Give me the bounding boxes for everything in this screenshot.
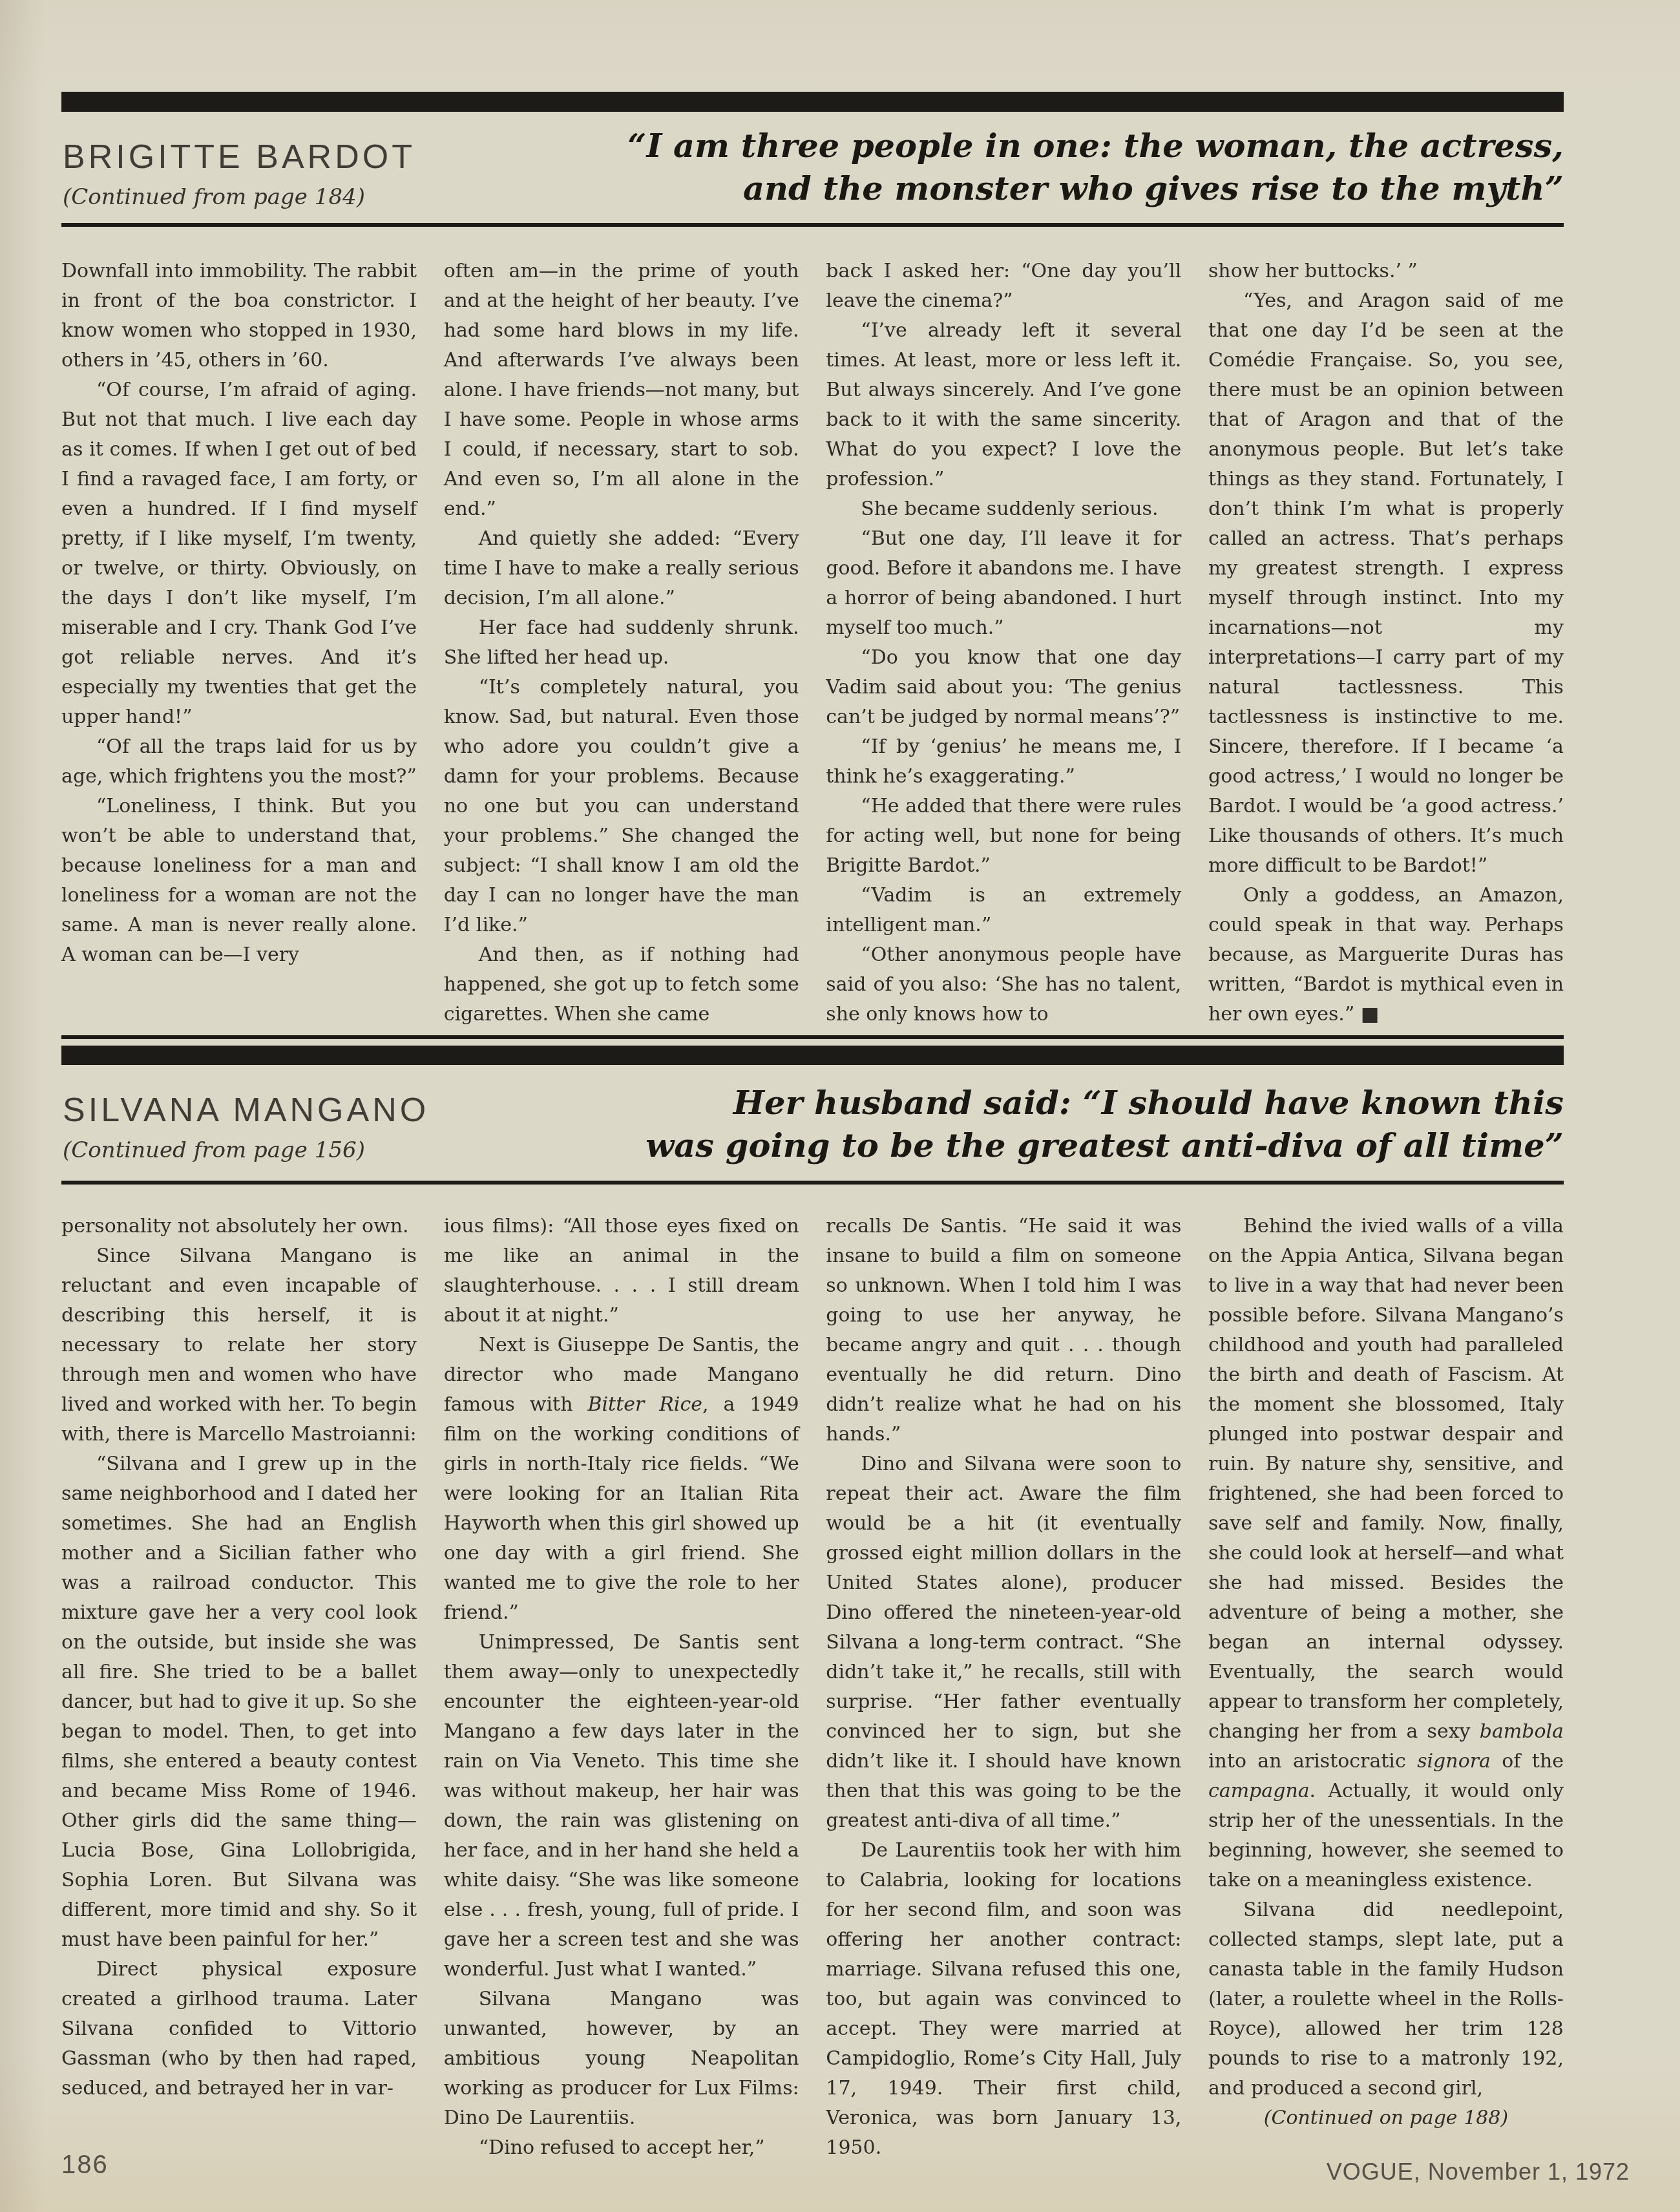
paragraph: Only a goddess, an Amazon, could speak i… (1208, 881, 1564, 1029)
article-column: often am—in the prime of youth and at th… (444, 257, 799, 1029)
paragraph: Next is Giuseppe De Santis, the director… (444, 1331, 799, 1628)
pull-quote-line: “I am three people in one: the woman, th… (627, 125, 1564, 167)
paragraph: Behind the ivied walls of a villa on the… (1208, 1212, 1564, 1895)
paragraph: “Loneliness, I think. But you won’t be a… (61, 792, 417, 970)
paragraph: ious films): “All those eyes fixed on me… (444, 1212, 799, 1331)
paragraph: “But one day, I’ll leave it for good. Be… (826, 524, 1181, 643)
paragraph: show her buttocks.’ ” (1208, 257, 1564, 286)
article-column: Downfall into immobility. The rabbit in … (61, 257, 417, 1029)
pull-quote-line: Her husband said: “I should have known t… (646, 1082, 1564, 1124)
paragraph: personality not absolutely her own. (61, 1212, 417, 1241)
top-rule-bar (61, 92, 1564, 112)
paragraph: “Vadim is an extremely intelligent man.” (826, 881, 1181, 940)
article-title: SILVANA MANGANO (63, 1091, 429, 1130)
paragraph: “Other anonymous people have said of you… (826, 940, 1181, 1029)
article-column: show her buttocks.’ ”“Yes, and Aragon sa… (1208, 257, 1564, 1029)
paragraph: Downfall into immobility. The rabbit in … (61, 257, 417, 375)
paragraph: “Do you know that one day Vadim said abo… (826, 643, 1181, 732)
paragraph: De Laurentiis took her with him to Calab… (826, 1836, 1181, 2163)
article-title: BRIGITTE BARDOT (63, 138, 415, 176)
pull-quote-line: and the monster who gives rise to the my… (627, 167, 1564, 210)
top-rule-bar (61, 1046, 1564, 1065)
paragraph: And quietly she added: “Every time I hav… (444, 524, 799, 613)
paragraph: Unimpressed, De Santis sent them away—on… (444, 1628, 799, 1985)
article-body: Downfall into immobility. The rabbit in … (61, 257, 1564, 1029)
magazine-page: BRIGITTE BARDOT (Continued from page 184… (0, 0, 1680, 2212)
paragraph: Silvana Mangano was unwanted, however, b… (444, 1985, 799, 2133)
header-rule (61, 223, 1564, 227)
paragraph: “I’ve already left it several times. At … (826, 316, 1181, 494)
article-body: personality not absolutely her own.Since… (61, 1212, 1564, 2163)
paragraph: “Dino refused to accept her,” (444, 2133, 799, 2163)
paragraph: Dino and Silvana were soon to repeat the… (826, 1449, 1181, 1836)
paragraph: Since Silvana Mangano is reluctant and e… (61, 1241, 417, 1449)
paragraph: back I asked her: “One day you’ll leave … (826, 257, 1181, 316)
paragraph: Silvana did needlepoint, collected stamp… (1208, 1895, 1564, 2103)
article-silvana-mangano: SILVANA MANGANO (Continued from page 156… (61, 1035, 1564, 2163)
section-separator-rule (61, 1035, 1564, 1039)
paragraph: (Continued on page 188) (1208, 2103, 1564, 2133)
paragraph: recalls De Santis. “He said it was insan… (826, 1212, 1181, 1449)
article-column: personality not absolutely her own.Since… (61, 1212, 417, 2163)
article-column: recalls De Santis. “He said it was insan… (826, 1212, 1181, 2163)
article-brigitte-bardot: BRIGITTE BARDOT (Continued from page 184… (61, 92, 1564, 1029)
paragraph: often am—in the prime of youth and at th… (444, 257, 799, 524)
article-header: SILVANA MANGANO (Continued from page 156… (61, 1065, 1564, 1181)
continued-from-note: (Continued from page 156) (63, 1137, 365, 1163)
article-column: Behind the ivied walls of a villa on the… (1208, 1212, 1564, 2163)
pull-quote: “I am three people in one: the woman, th… (627, 125, 1564, 210)
paragraph: She became suddenly serious. (826, 494, 1181, 524)
header-rule (61, 1181, 1564, 1185)
paragraph: “If by ‘genius’ he means me, I think he’… (826, 732, 1181, 792)
paragraph: “Yes, and Aragon said of me that one day… (1208, 286, 1564, 881)
paragraph: “Of course, I’m afraid of aging. But not… (61, 375, 417, 732)
paragraph: And then, as if nothing had happened, sh… (444, 940, 799, 1029)
pull-quote: Her husband said: “I should have known t… (646, 1082, 1564, 1167)
paragraph: “Silvana and I grew up in the same neigh… (61, 1449, 417, 1955)
paragraph: Direct physical exposure created a girlh… (61, 1955, 417, 2103)
article-header: BRIGITTE BARDOT (Continued from page 184… (61, 112, 1564, 223)
paragraph: “Of all the traps laid for us by age, wh… (61, 732, 417, 792)
continued-from-note: (Continued from page 184) (63, 184, 365, 210)
paragraph: Her face had suddenly shrunk. She lifted… (444, 613, 799, 673)
paragraph: “He added that there were rules for acti… (826, 792, 1181, 881)
article-column: back I asked her: “One day you’ll leave … (826, 257, 1181, 1029)
paragraph: “It’s completely natural, you know. Sad,… (444, 673, 799, 940)
article-column: ious films): “All those eyes fixed on me… (444, 1212, 799, 2163)
pull-quote-line: was going to be the greatest anti-diva o… (646, 1124, 1564, 1167)
